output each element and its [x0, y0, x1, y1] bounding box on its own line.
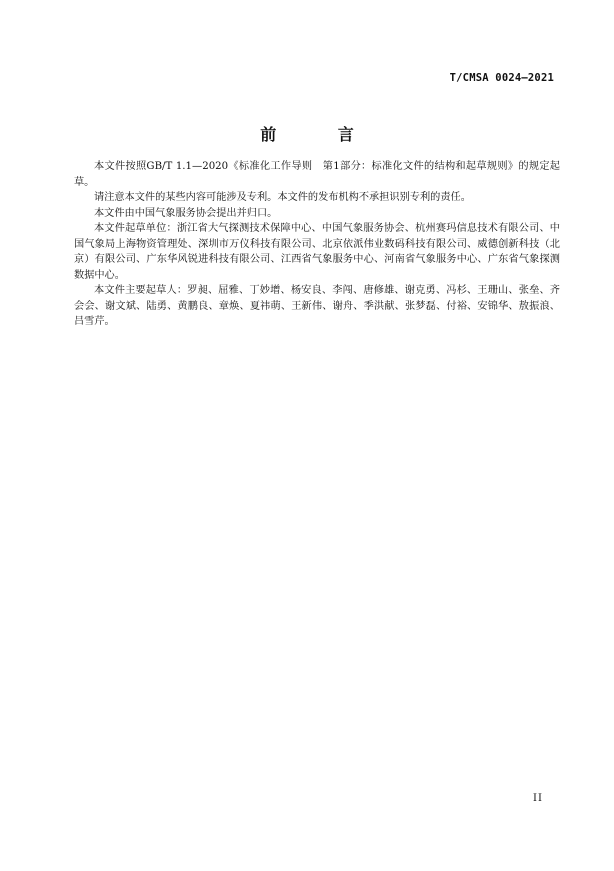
- paragraph-drafting-rules: 本文件按照GB/T 1.1—2020《标准化工作导则 第1部分：标准化文件的结构…: [74, 159, 560, 190]
- paragraph-drafters: 本文件主要起草人：罗昶、屈雅、丁妙增、杨安良、李闯、唐修雄、谢克勇、冯杉、王珊山…: [74, 283, 560, 330]
- standard-code: T/CMSA 0024—2021: [450, 72, 554, 84]
- document-page: T/CMSA 0024—2021 前 言 本文件按照GB/T 1.1—2020《…: [0, 0, 614, 871]
- page-title: 前 言: [0, 122, 614, 145]
- paragraph-drafting-units: 本文件起草单位：浙江省大气探测技术保障中心、中国气象服务协会、杭州赛玛信息技术有…: [74, 221, 560, 283]
- paragraph-patent-notice: 请注意本文件的某些内容可能涉及专利。本文件的发布机构不承担识别专利的责任。: [74, 190, 560, 206]
- page-number: II: [533, 793, 543, 804]
- paragraph-proposer: 本文件由中国气象服务协会提出并归口。: [74, 206, 560, 222]
- foreword-body: 本文件按照GB/T 1.1—2020《标准化工作导则 第1部分：标准化文件的结构…: [74, 159, 560, 330]
